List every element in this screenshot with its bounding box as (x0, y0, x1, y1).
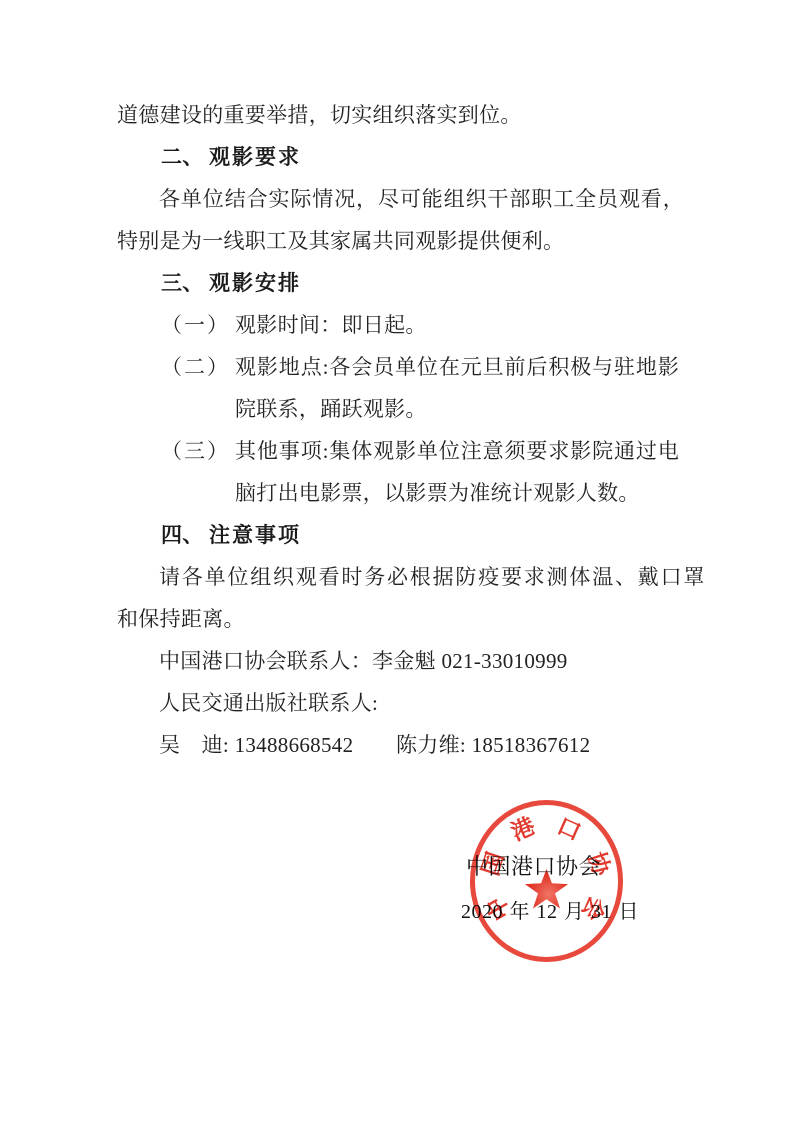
paragraph-line: 各单位结合实际情况，尽可能组织干部职工全员观看， (159, 178, 685, 220)
list-item-3-continuation: 脑打出电影票，以影票为准统计观影人数。 (235, 472, 640, 514)
item-text: 其他事项:集体观影单位注意须要求影院通过电 (235, 439, 680, 463)
item-number: （三） (161, 430, 235, 472)
heading-number: 四、 (161, 514, 209, 556)
heading-label: 注意事项 (209, 523, 301, 547)
item-text: 观影时间：即日起。 (235, 313, 427, 337)
section-heading-2: 二、观影要求 (161, 136, 301, 178)
item-number: （二） (161, 346, 235, 388)
list-item-3: （三）其他事项:集体观影单位注意须要求影院通过电 (161, 430, 680, 472)
contact-line-publisher: 人民交通出版社联系人: (159, 682, 378, 724)
section-heading-3: 三、观影安排 (161, 262, 301, 304)
list-item-2: （二）观影地点:各会员单位在元旦前后积极与驻地影 (161, 346, 680, 388)
paragraph-continuation: 道德建设的重要举措，切实组织落实到位。 (117, 94, 522, 136)
contact-line-port-association: 中国港口协会联系人：李金魁 021-33010999 (159, 640, 568, 682)
paragraph-line: 特别是为一线职工及其家属共同观影提供便利。 (117, 220, 564, 262)
list-item-1: （一）观影时间：即日起。 (161, 304, 427, 346)
contact-line-phones: 吴 迪: 13488668542 陈力维: 18518367612 (159, 724, 590, 766)
paragraph-line: 和保持距离。 (117, 598, 245, 640)
section-heading-4: 四、注意事项 (161, 514, 301, 556)
paragraph-line: 请各单位组织观看时务必根据防疫要求测体温、戴口罩 (159, 556, 706, 598)
official-seal: 中 国 港 口 协 会 (470, 800, 623, 962)
heading-number: 三、 (161, 262, 209, 304)
item-number: （一） (161, 304, 235, 346)
item-text: 观影地点:各会员单位在元旦前后积极与驻地影 (235, 355, 680, 379)
document-page: 道德建设的重要举措，切实组织落实到位。 二、观影要求 各单位结合实际情况，尽可能… (0, 0, 800, 1131)
heading-label: 观影安排 (209, 271, 301, 295)
list-item-2-continuation: 院联系，踊跃观影。 (235, 388, 427, 430)
heading-number: 二、 (161, 136, 209, 178)
heading-label: 观影要求 (209, 145, 301, 169)
